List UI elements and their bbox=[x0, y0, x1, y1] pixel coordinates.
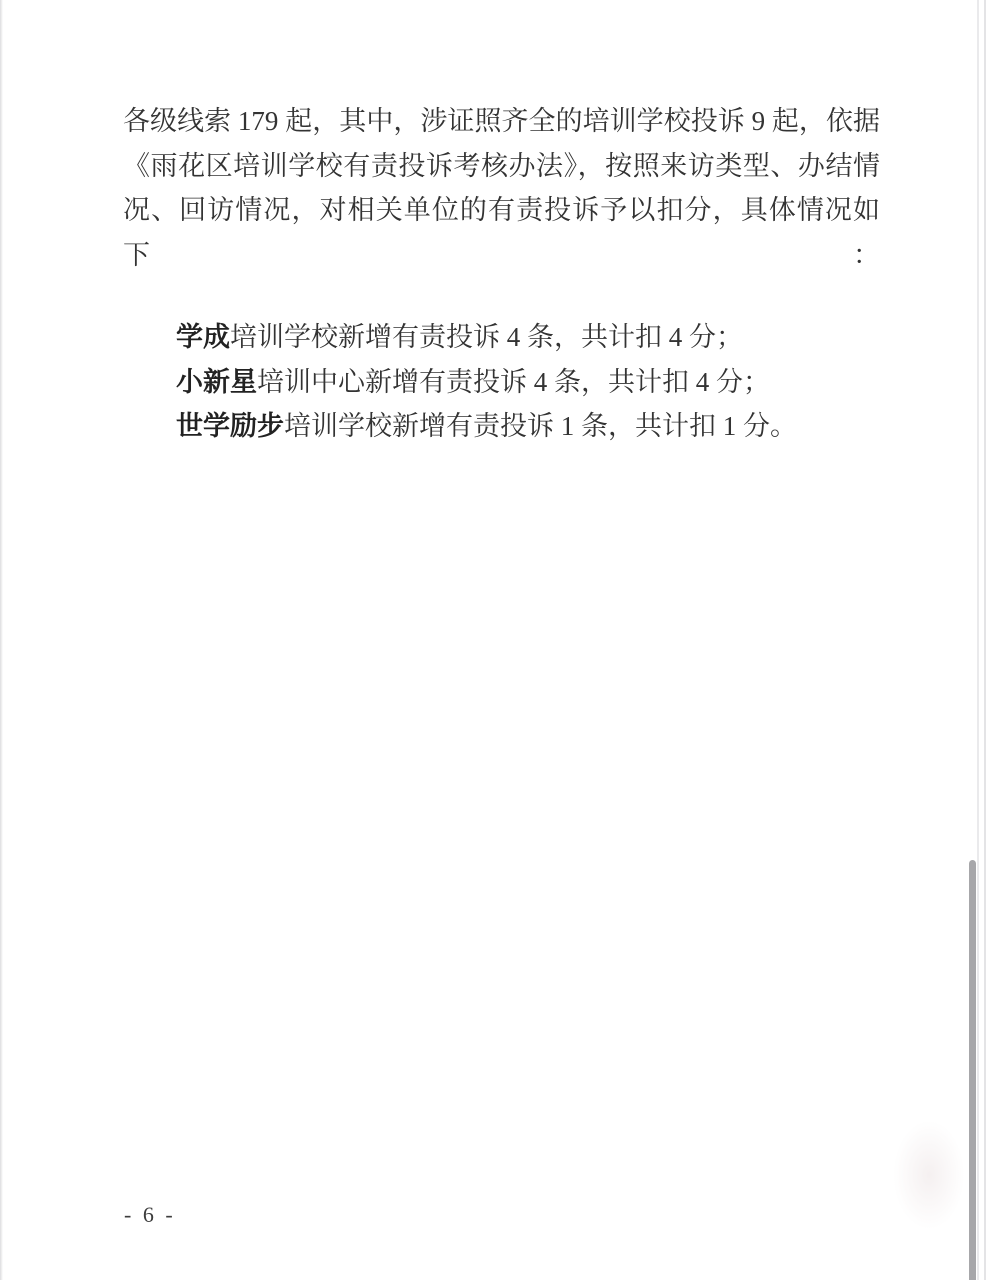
photo-smudge bbox=[893, 1120, 965, 1230]
page-number: - 6 - bbox=[124, 1202, 176, 1228]
document-page: 各级线索 179 起，其中，涉证照齐全的培训学校投诉 9 起，依据 《雨花区培训… bbox=[123, 99, 880, 449]
paragraph-gap bbox=[123, 277, 880, 315]
paragraph-line: 况、回访情况，对相关单位的有责投诉予以扣分，具体情况如下： bbox=[123, 188, 880, 277]
vertical-scrollbar-thumb[interactable] bbox=[969, 860, 976, 1280]
deduction-text: 培训中心新增有责投诉 4 条，共计扣 4 分； bbox=[257, 367, 770, 397]
document-viewer: 各级线索 179 起，其中，涉证照齐全的培训学校投诉 9 起，依据 《雨花区培训… bbox=[0, 0, 986, 1280]
school-name: 学成 bbox=[176, 322, 230, 352]
deduction-item: 小新星培训中心新增有责投诉 4 条，共计扣 4 分； bbox=[123, 360, 880, 405]
deduction-item: 学成培训学校新增有责投诉 4 条，共计扣 4 分； bbox=[123, 315, 880, 360]
paragraph-line: 各级线索 179 起，其中，涉证照齐全的培训学校投诉 9 起，依据 bbox=[123, 99, 880, 144]
page-left-edge bbox=[0, 0, 3, 1280]
deduction-text: 培训学校新增有责投诉 1 条，共计扣 1 分。 bbox=[284, 411, 797, 441]
page-right-edge-line bbox=[977, 0, 979, 1280]
deduction-item: 世学励步培训学校新增有责投诉 1 条，共计扣 1 分。 bbox=[123, 404, 880, 449]
school-name: 小新星 bbox=[176, 367, 257, 397]
deduction-text: 培训学校新增有责投诉 4 条，共计扣 4 分； bbox=[230, 322, 743, 352]
paragraph-line: 《雨花区培训学校有责投诉考核办法》，按照来访类型、办结情 bbox=[123, 144, 880, 189]
school-name: 世学励步 bbox=[176, 411, 284, 441]
